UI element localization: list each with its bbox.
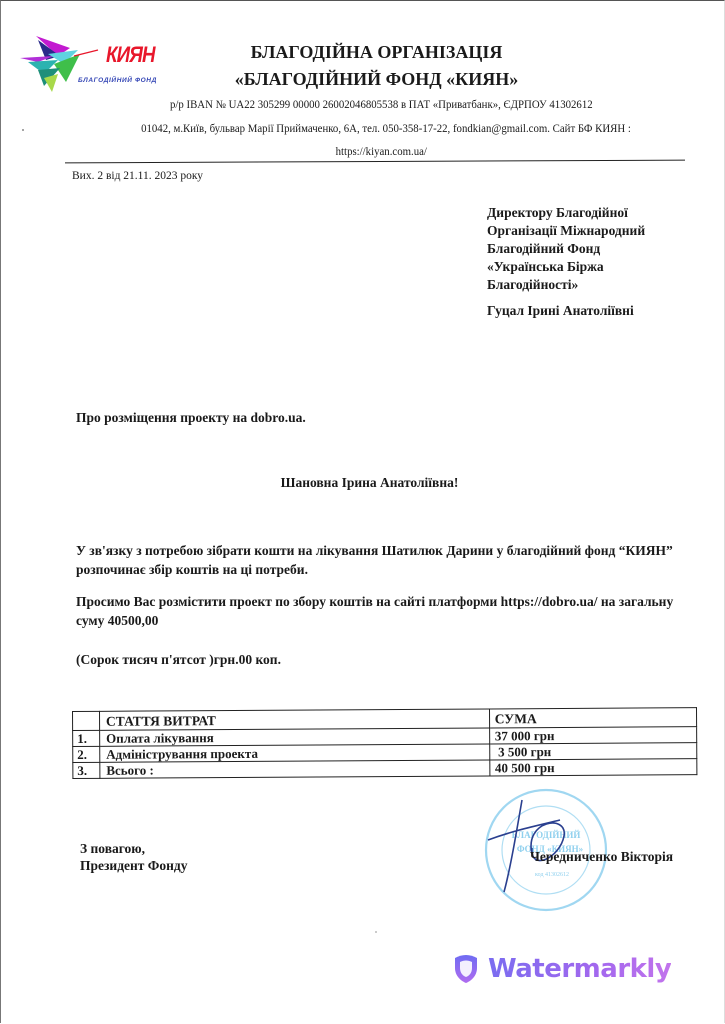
watermark-text: Watermarkly xyxy=(488,954,671,984)
addressee-block: Директору Благодійної Організації Міжнар… xyxy=(487,204,645,294)
row-item: Всього : xyxy=(100,760,490,778)
row-num: 1. xyxy=(73,730,100,746)
closing-regards: З повагою, xyxy=(80,840,188,857)
row-sum: 40 500 грн xyxy=(489,759,696,776)
header-num xyxy=(73,711,100,730)
bank-details: р/р IBAN № UA22 305299 00000 26002046805… xyxy=(22,99,704,111)
header-item: СТАТТЯ ВИТРАТ xyxy=(99,709,489,730)
row-sum: 37 000 грн xyxy=(489,727,696,744)
org-title-line-1: БЛАГОДІЙНА ОРГАНІЗАЦІЯ xyxy=(0,42,725,63)
addressee-name: Гуцал Ірині Анатоліївні xyxy=(487,303,634,319)
closing-position: Президент Фонду xyxy=(80,857,188,874)
shield-icon xyxy=(452,953,480,985)
row-num: 2. xyxy=(73,746,100,762)
row-num: 3. xyxy=(73,762,100,778)
address-contacts: 01042, м.Київ, бульвар Марії Приймаченко… xyxy=(22,123,704,135)
watermark: Watermarkly xyxy=(452,953,671,985)
table-row: 3. Всього : 40 500 грн xyxy=(73,759,697,779)
row-sum: 3 500 грн xyxy=(489,743,696,760)
addressee-line: Організації Міжнародний xyxy=(487,222,645,240)
outgoing-reference: Вих. 2 від 21.11. 2023 року xyxy=(72,170,203,182)
addressee-line: Благодійний Фонд xyxy=(487,240,645,258)
signatory-name: Чередниченко Вікторія xyxy=(530,849,673,865)
addressee-line: Благодійності» xyxy=(487,276,645,294)
cost-table: СТАТТЯ ВИТРАТ СУМА 1. Оплата лікування 3… xyxy=(72,707,697,779)
svg-text:код 41302612: код 41302612 xyxy=(535,872,569,878)
addressee-line: «Українська Біржа xyxy=(487,258,645,276)
website-link[interactable]: https://kiyan.com.ua/ xyxy=(22,146,704,158)
closing-block: З повагою, Президент Фонду xyxy=(80,840,188,874)
salutation: Шановна Ірина Анатоліївна! xyxy=(0,475,725,491)
svg-text:БЛАГОДІЙНИЙ: БЛАГОДІЙНИЙ xyxy=(512,830,581,840)
addressee-line: Директору Благодійної xyxy=(487,204,645,222)
body-paragraph-3: (Сорок тисяч п'ятсот )грн.00 коп. xyxy=(76,650,676,669)
body-paragraph-2: Просимо Вас розмістити проект по збору к… xyxy=(76,592,676,630)
org-title-line-2: «БЛАГОДІЙНИЙ ФОНД «КИЯН» xyxy=(0,69,725,90)
body-paragraph-1: У зв'язку з потребою зібрати кошти на лі… xyxy=(76,541,676,579)
letter-subject: Про розміщення проекту на dobro.ua. xyxy=(76,410,306,426)
scan-speck xyxy=(375,931,377,933)
header-sum: СУМА xyxy=(489,708,696,728)
official-stamp-icon: БЛАГОДІЙНИЙ ФОНД «КИЯН» код 41302612 xyxy=(470,780,610,915)
